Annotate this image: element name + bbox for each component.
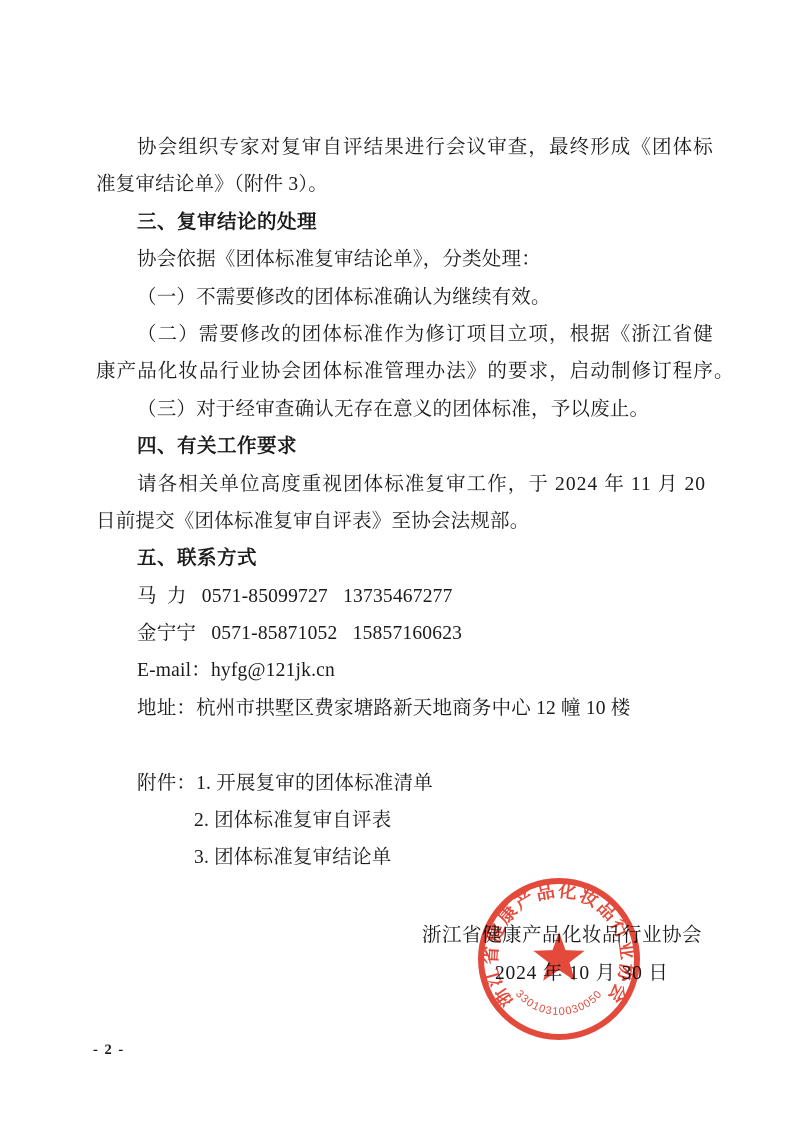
section-heading-5: 五、联系方式 — [96, 540, 746, 577]
list-item-3: （三）对于经审查确认无存在意义的团体标准，予以废止。 — [96, 391, 746, 428]
list-item-1: （一）不需要修改的团体标准确认为继续有效。 — [96, 279, 746, 316]
document-body: 协会组织专家对复审自评结果进行会议审查，最终形成《团体标 准复审结论单》（附件 … — [96, 129, 746, 877]
paragraph-line: 请各相关单位高度重视团体标准复审工作，于 2024 年 11 月 20 — [96, 466, 746, 503]
attachment-item-2: 2. 团体标准复审自评表 — [96, 802, 746, 839]
document-page: 协会组织专家对复审自评结果进行会议审查，最终形成《团体标 准复审结论单》（附件 … — [0, 0, 800, 1131]
attachment-item-3: 3. 团体标准复审结论单 — [96, 839, 746, 876]
contact-jin-ningning: 金宁宁 0571-85871052 15857160623 — [96, 615, 746, 652]
paragraph-line: 协会依据《团体标准复审结论单》，分类处理： — [96, 241, 746, 278]
list-item-2-continued: 康产品化妆品行业协会团体标准管理办法》的要求，启动制修订程序。 — [96, 353, 746, 390]
contact-email: E-mail：hyfg@121jk.cn — [96, 652, 746, 689]
paragraph-line: 协会组织专家对复审自评结果进行会议审查，最终形成《团体标 — [96, 129, 746, 166]
seal-code-text: 33010310030050 — [513, 988, 605, 1018]
section-heading-4: 四、有关工作要求 — [96, 428, 746, 465]
attachment-item-1: 附件：1. 开展复审的团体标准清单 — [96, 765, 746, 802]
paragraph-line: 日前提交《团体标准复审自评表》至协会法规部。 — [96, 503, 746, 540]
signature-org-name: 浙江省健康产品化妆品行业协会 — [422, 917, 702, 954]
paragraph-line: 准复审结论单》（附件 3）。 — [96, 166, 746, 203]
contact-ma-li: 马 力 0571-85099727 13735467277 — [96, 578, 746, 615]
section-heading-3: 三、复审结论的处理 — [96, 204, 746, 241]
contact-address: 地址：杭州市拱墅区费家塘路新天地商务中心 12 幢 10 楼 — [96, 690, 746, 727]
blank-line — [96, 727, 746, 764]
list-item-2: （二）需要修改的团体标准作为修订项目立项，根据《浙江省健 — [96, 316, 746, 353]
signature-date: 2024 年 10 月 30 日 — [495, 955, 669, 992]
page-number: - 2 - — [93, 1042, 125, 1059]
